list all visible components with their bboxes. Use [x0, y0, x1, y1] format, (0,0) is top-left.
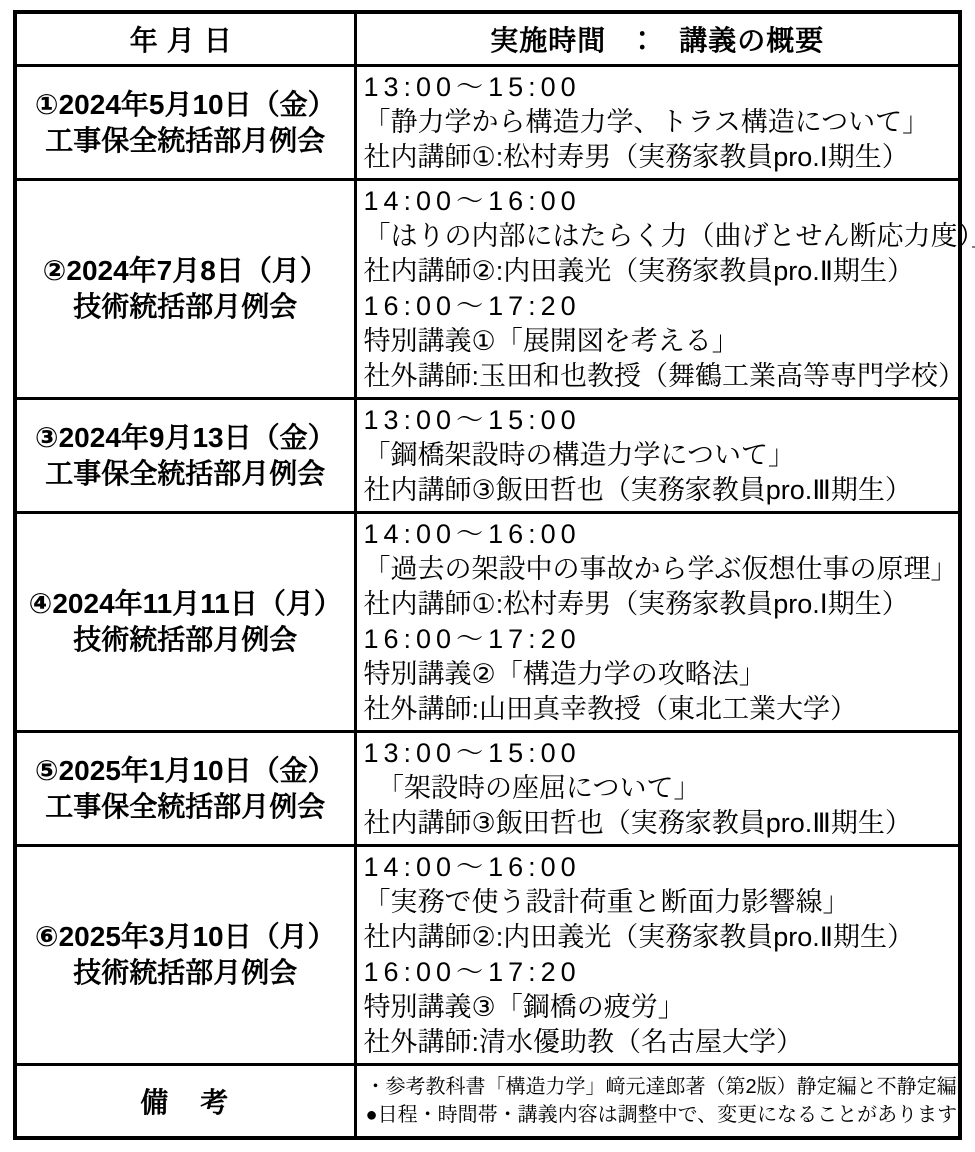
overview-cell: 14:00～16:00「過去の架設中の事故から学ぶ仮想仕事の原理」社内講師①:松… [355, 513, 960, 732]
overview-cell: 13:00～15:00 「架設時の座屈について」社内講師③飯田哲也（実務家教員p… [355, 732, 960, 846]
lecture-time: 14:00～16:00 [364, 850, 955, 885]
session-date: ③2024年9月13日（金） [17, 420, 354, 456]
date-cell: ②2024年7月8日（月）技術統括部月例会 [15, 180, 355, 399]
lecture-time: 13:00～15:00 [364, 403, 955, 438]
lecture-lecturer: 社外講師:山田真幸教授（東北工業大学） [364, 692, 955, 727]
remarks-schedule-notice: ●日程・時間帯・講義内容は調整中で、変更になることがあります [366, 1101, 955, 1129]
lecture-title: 特別講義③「鋼橋の疲労」 [364, 990, 955, 1025]
session-meeting-name: 工事保全統括部月例会 [17, 123, 354, 159]
date-cell: ⑤2025年1月10日（金）工事保全統括部月例会 [15, 732, 355, 846]
lecture-time: 14:00～16:00 [364, 184, 955, 219]
lecture-lecturer: 社内講師②:内田義光（実務家教員pro.Ⅱ期生） [364, 254, 955, 289]
lecture-title: 特別講義①「展開図を考える」 [364, 324, 955, 359]
lecture-lecturer: 社内講師①:松村寿男（実務家教員pro.Ⅰ期生） [364, 140, 955, 175]
lecture-lecturer: 社内講師①:松村寿男（実務家教員pro.Ⅰ期生） [364, 587, 955, 622]
session-meeting-name: 技術統括部月例会 [17, 622, 354, 658]
lecture-schedule-table: 年月日 実施時間 ： 講義の概要 ①2024年5月10日（金）工事保全統括部月例… [13, 10, 962, 1140]
lecture-title: 「鋼橋架設時の構造力学について」 [364, 438, 955, 473]
remarks-label: 備 考 [15, 1065, 355, 1139]
session-date: ①2024年5月10日（金） [17, 87, 354, 123]
lecture-title: 「静力学から構造力学、トラス構造について」 [364, 105, 955, 140]
schedule-row: ④2024年11月11日（月）技術統括部月例会14:00～16:00「過去の架設… [15, 513, 960, 732]
schedule-row: ⑥2025年3月10日（月）技術統括部月例会14:00～16:00「実務で使う設… [15, 846, 960, 1065]
session-meeting-name: 工事保全統括部月例会 [17, 789, 354, 825]
lecture-title: 「架設時の座屈について」 [364, 771, 955, 806]
lecture-time: 14:00～16:00 [364, 517, 955, 552]
session-date: ④2024年11月11日（月） [17, 586, 354, 622]
remarks-row: 備 考 ・参考教科書「構造力学」﨑元達郎著（第2版）静定編と不静定編 ●日程・時… [15, 1065, 960, 1139]
overview-cell: 13:00～15:00「鋼橋架設時の構造力学について」社内講師③飯田哲也（実務家… [355, 399, 960, 513]
header-overview-column: 実施時間 ： 講義の概要 [355, 12, 960, 66]
lecture-time: 13:00～15:00 [364, 736, 955, 771]
lecture-lecturer: 社内講師②:内田義光（実務家教員pro.Ⅱ期生） [364, 920, 955, 955]
session-date: ⑥2025年3月10日（月） [17, 919, 354, 955]
lecture-title: 「はりの内部にはたらく力（曲げとせん断応力度）」 [364, 219, 955, 254]
header-row: 年月日 実施時間 ： 講義の概要 [15, 12, 960, 66]
lecture-time: 13:00～15:00 [364, 70, 955, 105]
lecture-time: 16:00～17:20 [364, 622, 955, 657]
schedule-row: ①2024年5月10日（金）工事保全統括部月例会13:00～15:00「静力学か… [15, 66, 960, 180]
session-meeting-name: 技術統括部月例会 [17, 955, 354, 991]
lecture-title: 「実務で使う設計荷重と断面力影響線」 [364, 885, 955, 920]
lecture-lecturer: 社外講師:清水優助教（名古屋大学） [364, 1025, 955, 1060]
lecture-lecturer: 社内講師③飯田哲也（実務家教員pro.Ⅲ期生） [364, 473, 955, 508]
session-meeting-name: 工事保全統括部月例会 [17, 456, 354, 492]
overview-cell: 14:00～16:00「はりの内部にはたらく力（曲げとせん断応力度）」社内講師②… [355, 180, 960, 399]
session-date: ②2024年7月8日（月） [17, 253, 354, 289]
lecture-time: 16:00～17:20 [364, 955, 955, 990]
schedule-row: ②2024年7月8日（月）技術統括部月例会14:00～16:00「はりの内部には… [15, 180, 960, 399]
date-cell: ①2024年5月10日（金）工事保全統括部月例会 [15, 66, 355, 180]
schedule-table-body: ①2024年5月10日（金）工事保全統括部月例会13:00～15:00「静力学か… [15, 66, 960, 1065]
lecture-lecturer: 社外講師:玉田和也教授（舞鶴工業高等専門学校） [364, 359, 955, 394]
session-date: ⑤2025年1月10日（金） [17, 753, 354, 789]
session-meeting-name: 技術統括部月例会 [17, 289, 354, 325]
remarks-content: ・参考教科書「構造力学」﨑元達郎著（第2版）静定編と不静定編 ●日程・時間帯・講… [355, 1065, 960, 1139]
overview-cell: 13:00～15:00「静力学から構造力学、トラス構造について」社内講師①:松村… [355, 66, 960, 180]
lecture-lecturer: 社内講師③飯田哲也（実務家教員pro.Ⅲ期生） [364, 806, 955, 841]
lecture-time: 16:00～17:20 [364, 289, 955, 324]
lecture-title: 「過去の架設中の事故から学ぶ仮想仕事の原理」 [364, 552, 955, 587]
lecture-title: 特別講義②「構造力学の攻略法」 [364, 657, 955, 692]
header-date-column: 年月日 [15, 12, 355, 66]
remarks-reference-textbook: ・参考教科書「構造力学」﨑元達郎著（第2版）静定編と不静定編 [366, 1073, 955, 1101]
date-cell: ⑥2025年3月10日（月）技術統括部月例会 [15, 846, 355, 1065]
date-cell: ③2024年9月13日（金）工事保全統括部月例会 [15, 399, 355, 513]
date-cell: ④2024年11月11日（月）技術統括部月例会 [15, 513, 355, 732]
schedule-row: ③2024年9月13日（金）工事保全統括部月例会13:00～15:00「鋼橋架設… [15, 399, 960, 513]
schedule-row: ⑤2025年1月10日（金）工事保全統括部月例会13:00～15:00 「架設時… [15, 732, 960, 846]
overview-cell: 14:00～16:00「実務で使う設計荷重と断面力影響線」社内講師②:内田義光（… [355, 846, 960, 1065]
